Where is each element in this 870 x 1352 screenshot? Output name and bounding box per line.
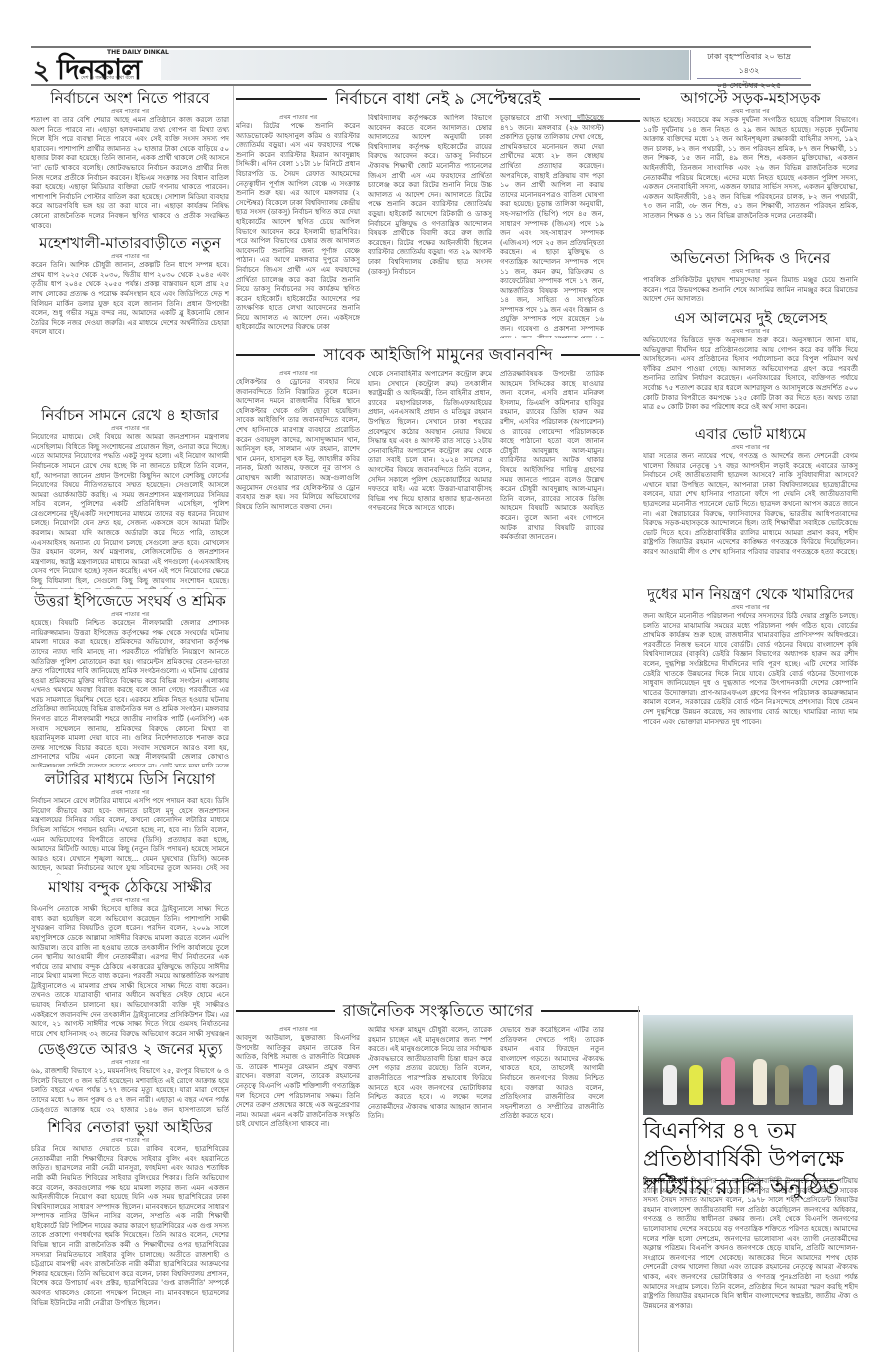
article-mathay-bonduk: মাথায় বন্দুক ঠেকিয়ে সাক্ষীর প্রথম পাতা… [31, 875, 229, 1037]
article-body: প্রতিরক্ষাবিষয়ক উপদেষ্টা তারিক আহমেদ সি… [500, 370, 604, 543]
photo-figure-vest [689, 1065, 703, 1105]
article-column: প্রতিরক্ষাবিষয়ক উপদেষ্টা তারিক আহমেদ সি… [500, 370, 604, 994]
rule [541, 1010, 640, 1012]
headline: শিবির নেতারা ভুয়া আইডির [31, 1117, 229, 1137]
headline: মাথায় বন্দুক ঠেকিয়ে সাক্ষীর [31, 877, 229, 897]
article-dengue: ডেঙ্গুতে আরও ২ জনের মৃত্যু প্রথম পাতার প… [31, 1037, 229, 1115]
rule [561, 354, 640, 356]
article-body: চূড়ান্তভাবে প্রার্থী সংখ্যা দাঁড়িয়েছে… [500, 114, 604, 338]
article-s-alam: এস আলমের দুই ছেলেসহ প্রথম পাতার পর অভিযো… [643, 306, 858, 422]
headline: ডেঙ্গুতে আরও ২ জনের মৃত্যু [31, 1039, 229, 1059]
article-august-sorok: আগস্টে সড়ক-মহাসড়ক প্রথম পাতার পর আহত হ… [643, 86, 858, 246]
article-body: হয়েছে। বিষয়টি নিশ্চিত করেছেন নীলফামারী… [31, 619, 229, 767]
article-column: বিশ্ববিদ্যালয় কর্তৃপক্ষকে আপিল বিভাগে আ… [368, 114, 492, 338]
article-column: থেকে সেনাবাহিনীর অপারেশন কন্ট্রোল রুমে য… [368, 370, 492, 994]
article-ovineta-siddik: অভিনেতা সিদ্দিক ও দিনের প্রথম পাতার পর প… [643, 246, 858, 306]
date-box: ঢাকা বৃহস্পতিবার ২০ ভাদ্র ১৪৩২ ০৪ সেপ্টে… [690, 50, 807, 80]
left-column: নির্বাচনে অংশ নিতে পারবে প্রথম পাতার পর … [31, 86, 229, 1352]
article-lottery: লটারির মাধ্যমে ডিসি নিয়োগ প্রথম পাতার প… [31, 767, 229, 875]
article-body: আহত হয়েছে। সবচেয়ে কম সড়ক দুর্ঘটনা সংগ… [643, 116, 858, 222]
article-uttara-epz: উত্তরা ইপিজেডে সংঘর্ষ ও শ্রমিক প্রথম পাত… [31, 589, 229, 767]
continued-label: প্রথম পাতার পর [236, 1026, 360, 1034]
headline: মহেশখালী-মাতারবাড়ীতে নতুন [31, 233, 229, 253]
article-nirbachone-ongsho: নির্বাচনে অংশ নিতে পারবে প্রথম পাতার পর … [31, 88, 229, 231]
headline: এবার ভোট মাধ্যমে [643, 424, 858, 444]
column-divider [638, 1006, 639, 1352]
rule [236, 98, 327, 100]
article-body: আমীর খসরু মাহমুদ চৌধুরী বলেন, তারেক রহমা… [368, 1026, 492, 1122]
headline: সাবেক আইজিপি মামুনের জবানবন্দি [315, 342, 560, 369]
headline-band-rajnoitik: রাজনৈতিক সংস্কৃতিতে আগের [236, 998, 640, 1024]
article-dudher-man: দুধের মান নিয়ন্ত্রণ থেকে খামারিদের প্রথ… [643, 582, 858, 1002]
article-column: আমীর খসরু মাহমুদ চৌধুরী বলেন, তারেক রহমা… [368, 1026, 492, 1352]
headline: নির্বাচনে অংশ নিতে পারবে [31, 88, 229, 108]
article-body: ৬৯, রাজশাহী বিভাগে ২১, ময়মনসিংহ বিভাগে … [31, 1067, 229, 1115]
newspaper-logo-english: THE DAILY DINKAL [107, 49, 169, 56]
headline: এস আলমের দুই ছেলেসহ [643, 308, 858, 328]
article-column: প্রথম পাতার পর আবদুল আউয়াল, যুক্তরাজ্য … [236, 1026, 360, 1352]
rule [236, 354, 315, 356]
article-ebar-vote: এবার ভোট মাধ্যমে প্রথম পাতার পর যারা সত্… [643, 422, 858, 582]
rule [549, 98, 640, 100]
article-body: অভিযোগের ভিত্তিতে দুদক অনুসন্ধান শুরু কর… [643, 336, 858, 413]
article-column: চূড়ান্তভাবে প্রার্থী সংখ্যা দাঁড়িয়েছে… [500, 114, 604, 338]
headline: উত্তরা ইপিজেডে সংঘর্ষ ও শ্রমিক [31, 591, 229, 611]
article-body: যারা সত্যের জন্য ন্যায়ের পথে, গণতন্ত্র … [643, 452, 858, 558]
article-body: বিএনপি নেতাকে সাক্ষী হিসেবে হাজির করে ট্… [31, 905, 229, 1037]
headline: নির্বাচন সামনে রেখে ৪ হাজার [31, 405, 229, 425]
continued-label: প্রথম পাতার পর [31, 1137, 229, 1145]
section-rule [570, 120, 640, 122]
rule [236, 1010, 335, 1012]
continued-label: প্রথম পাতার পর [31, 253, 229, 261]
photo-figure [663, 1065, 677, 1105]
continued-label: প্রথম পাতার পর [643, 328, 858, 336]
photo-figure [803, 1065, 817, 1105]
masthead: ২ দিনকাল THE DAILY DINKAL দেশ ও জনগণের ক… [31, 46, 811, 86]
article-body: শতাংশ বা তার বেশি শেয়ার আছে এমন প্রতিষ্… [31, 116, 229, 231]
article-body: থেকে সেনাবাহিনীর অপারেশন কন্ট্রোল রুমে য… [368, 370, 492, 514]
photo-figure [775, 1065, 789, 1105]
continued-label: প্রথম পাতার পর [236, 114, 360, 122]
headline: নির্বাচনে বাধা নেই ৯ সেপ্টেম্বরেই [327, 86, 549, 113]
article-nirbachon-samne: নির্বাচন সামনে রেখে ৪ হাজার প্রথম পাতার … [31, 403, 229, 589]
article-body: জন্য আইনে মনোনীত পরিচালনা পর্ষদের সদস্যদ… [643, 612, 858, 727]
article-body: মনির। রিটের পক্ষে শুনানি করেন অ্যাডভোকেট… [236, 122, 360, 333]
right-column: আগস্টে সড়ক-মহাসড়ক প্রথম পাতার পর আহত হ… [643, 86, 858, 1006]
article-moheshkhali: মহেশখালী-মাতারবাড়ীতে নতুন প্রথম পাতার প… [31, 231, 229, 403]
headline: আগস্টে সড়ক-মহাসড়ক [643, 88, 858, 108]
continued-label: প্রথম পাতার পর [236, 370, 360, 378]
continued-label: প্রথম পাতার পর [31, 108, 229, 116]
photo-figure [829, 1065, 843, 1105]
dateline: দিনকাল রিপোর্ট [643, 1176, 688, 1185]
article-body: বিএনপির ৪৭ তম প্রতিষ্ঠাবার্ষিকী উপলক্ষে … [643, 1177, 858, 1310]
continued-label: প্রথম পাতার পর [643, 108, 858, 116]
continued-label: প্রথম পাতার পর [643, 444, 858, 452]
article-body: নিয়োগের মাধ্যমে। সেই বিষয়ে আজ আমরা জনপ… [31, 433, 229, 589]
article-body: আবদুল আউয়াল, যুক্তরাজ্য বিএনপির উপদেষ্ট… [236, 1034, 360, 1130]
continued-label: প্রথম পাতার পর [31, 789, 229, 797]
article-column: যেভাবে শুরু করেছিলেন এটির তার প্রতিফলন দ… [500, 1026, 604, 1352]
continued-label: প্রথম পাতার পর [643, 268, 858, 276]
article-body: নির্বাচন সামনে রেখে লটারির মাধ্যমে এসপি … [31, 797, 229, 875]
article-shibir: শিবির নেতারা ভুয়া আইডির প্রথম পাতার পর … [31, 1117, 229, 1308]
continued-label: প্রথম পাতার পর [31, 897, 229, 905]
headline: রাজনৈতিক সংস্কৃতিতে আগের [335, 998, 541, 1025]
continued-label: প্রথম পাতার পর [643, 604, 858, 612]
headline-band-nirbachone-badha: নির্বাচনে বাধা নেই ৯ সেপ্টেম্বরেই [236, 86, 640, 112]
article-bnp-rally: দিনকাল রিপোর্ট বিএনপির ৪৭ তম প্রতিষ্ঠাবা… [643, 1176, 858, 1352]
article-body: যেভাবে শুরু করেছিলেন এটির তার প্রতিফলন দ… [500, 1026, 604, 1122]
headline: অভিনেতা সিদ্দিক ও দিনের [643, 248, 858, 268]
newspaper-tagline: দেশ ও জনগণের কথা বলে [81, 75, 134, 83]
article-column: প্রথম পাতার পর হেলিকপ্টার ও ড্রোনের ব্যব… [236, 370, 360, 994]
rally-photo [643, 1015, 853, 1115]
headline-band-sabek-igp: সাবেক আইজিপি মামুনের জবানবন্দি [236, 342, 640, 368]
masthead-gradient-band [161, 50, 689, 80]
column-divider [233, 86, 234, 1352]
article-body: পাবলিক প্রসিকিউটর মুহাম্মদ শামসুদ্দোহা স… [643, 276, 858, 305]
article-body: করেন তিনি। আশিক চৌধুরী জানান, প্রকল্পটি … [31, 261, 229, 338]
headline: দুধের মান নিয়ন্ত্রণ থেকে খামারিদের [643, 584, 858, 604]
continued-label: প্রথম পাতার পর [31, 1059, 229, 1067]
photo-figure-pink [721, 1057, 735, 1105]
article-column: প্রথম পাতার পর মনির। রিটের পক্ষে শুনানি … [236, 114, 360, 338]
continued-label: প্রথম পাতার পর [31, 425, 229, 433]
article-body: চরিত্র নিয়ে আঘাত দেয়াতে চরে। রাকিব বলে… [31, 1145, 229, 1308]
article-body: হেলিকপ্টার ও ড্রোনের ব্যবহার নিয়ে জবানব… [236, 378, 360, 512]
continued-label: প্রথম পাতার পর [31, 611, 229, 619]
date-bangla: ঢাকা বৃহস্পতিবার ২০ ভাদ্র ১৪৩২ [697, 50, 801, 79]
photo-figure [753, 1059, 767, 1105]
article-body: বিশ্ববিদ্যালয় কর্তৃপক্ষকে আপিল বিভাগে আ… [368, 114, 492, 277]
headline: লটারির মাধ্যমে ডিসি নিয়োগ [31, 769, 229, 789]
